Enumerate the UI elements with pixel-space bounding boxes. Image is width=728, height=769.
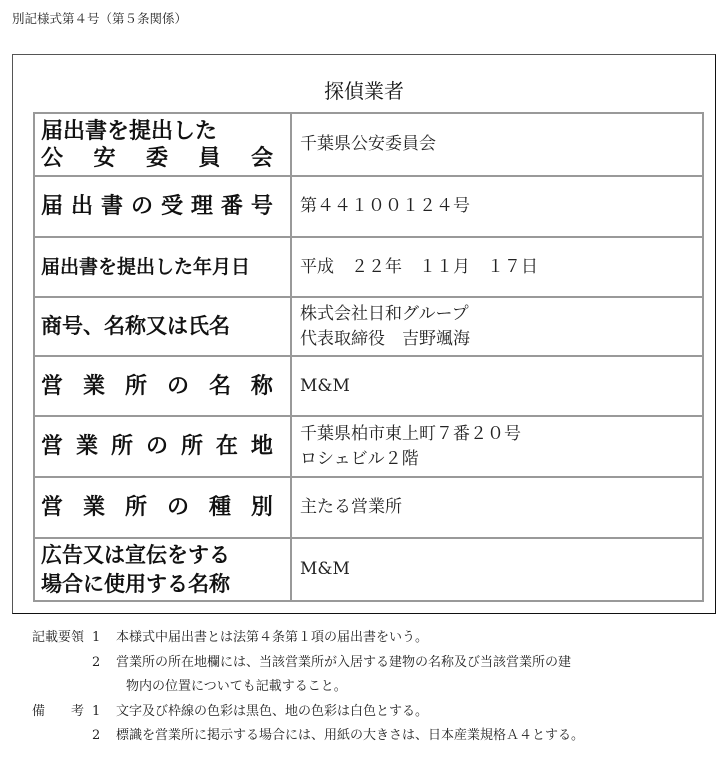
value-line: 主たる営業所 [300,495,702,520]
sign-table: 届出書を提出した 公安委員会 千葉県公安委員会 届出書の受理番号 第４４１００１… [33,112,704,602]
note-number: 1 [90,700,116,725]
value-company-name: 株式会社日和グループ 代表取締役 吉野颯海 [291,297,703,356]
label-line: 場合に使用する名称 [41,570,290,599]
note-number: 2 [90,724,116,749]
value-line: 千葉県公安委員会 [300,132,702,157]
sign-frame: 探偵業者 届出書を提出した 公安委員会 千葉県公安委員会 届出書の受理番号 第４… [12,54,716,614]
note-text: 標識を営業所に掲示する場合には、用紙の大きさは、日本産業規格Ａ４とする。 [116,724,584,749]
label-office-name: 営業所の名称 [34,356,291,416]
note-instructions-1: 記載要領 1 本様式中届出書とは法第４条第１項の届出書をいう。 [32,626,584,651]
note-remarks-2: 2 標識を営業所に掲示する場合には、用紙の大きさは、日本産業規格Ａ４とする。 [32,724,584,749]
sign-title: 探偵業者 [13,75,715,104]
note-text: 本様式中届出書とは法第４条第１項の届出書をいう。 [116,626,428,651]
label-advertising-name: 広告又は宣伝をする 場合に使用する名称 [34,538,291,601]
note-text: 営業所の所在地欄には、当該営業所が入居する建物の名称及び当該営業所の建 [116,651,571,676]
value-office-name: M&M [291,356,703,416]
label-line-spread: 営業所の種別 [41,494,273,521]
table-row-advertising-name: 広告又は宣伝をする 場合に使用する名称 M&M [34,538,703,601]
note-text: 文字及び枠線の色彩は黒色、地の色彩は白色とする。 [116,700,428,725]
value-receipt-number: 第４４１００１２４号 [291,176,703,237]
instructions-heading: 記載要領 [32,626,90,651]
value-line: 平成 ２２年 １１月 １７日 [300,255,702,280]
value-line: 千葉県柏市東上町７番２０号 [300,422,702,447]
table-row-office-address: 営業所の所在地 千葉県柏市東上町７番２０号 ロシェビル２階 [34,416,703,477]
value-office-address: 千葉県柏市東上町７番２０号 ロシェビル２階 [291,416,703,477]
value-submit-date: 平成 ２２年 １１月 １７日 [291,237,703,297]
label-office-address: 営業所の所在地 [34,416,291,477]
table-row-commission: 届出書を提出した 公安委員会 千葉県公安委員会 [34,113,703,176]
note-instructions-2: 2 営業所の所在地欄には、当該営業所が入居する建物の名称及び当該営業所の建 [32,651,584,676]
label-line-spread: 営業所の名称 [41,373,273,400]
value-line: ロシェビル２階 [300,447,702,472]
value-line: 第４４１００１２４号 [300,194,702,219]
value-office-type: 主たる営業所 [291,477,703,538]
value-line: 代表取締役 吉野颯海 [300,327,702,352]
label-line: 届出書を提出した年月日 [41,254,290,281]
label-submit-date: 届出書を提出した年月日 [34,237,291,297]
label-company-name: 商号、名称又は氏名 [34,297,291,356]
table-row-submit-date: 届出書を提出した年月日 平成 ２２年 １１月 １７日 [34,237,703,297]
note-number: 2 [90,651,116,676]
note-number: 1 [90,626,116,651]
table-row-receipt-number: 届出書の受理番号 第４４１００１２４号 [34,176,703,237]
label-line-spread: 公安委員会 [41,145,273,172]
label-office-type: 営業所の種別 [34,477,291,538]
value-line: M&M [300,557,702,582]
label-receipt-number: 届出書の受理番号 [34,176,291,237]
value-line: M&M [300,374,702,399]
note-remarks-1: 備 考 1 文字及び枠線の色彩は黒色、地の色彩は白色とする。 [32,700,584,725]
note-continuation: 物内の位置についても記載すること。 [32,675,584,700]
table-row-company-name: 商号、名称又は氏名 株式会社日和グループ 代表取締役 吉野颯海 [34,297,703,356]
table-row-office-type: 営業所の種別 主たる営業所 [34,477,703,538]
label-line-spread: 営業所の所在地 [41,433,273,460]
remarks-heading: 備 考 [32,700,84,725]
label-line-spread: 届出書の受理番号 [41,193,273,220]
label-line: 広告又は宣伝をする [41,541,290,570]
value-line: 株式会社日和グループ [300,302,702,327]
label-line: 商号、名称又は氏名 [41,313,290,340]
value-advertising-name: M&M [291,538,703,601]
value-commission: 千葉県公安委員会 [291,113,703,176]
form-number-label: 別記様式第４号（第５条関係） [12,9,187,27]
table-row-office-name: 営業所の名称 M&M [34,356,703,416]
notes-section: 記載要領 1 本様式中届出書とは法第４条第１項の届出書をいう。 2 営業所の所在… [32,626,584,749]
label-line: 届出書を提出した [41,118,273,145]
label-commission: 届出書を提出した 公安委員会 [34,113,291,176]
